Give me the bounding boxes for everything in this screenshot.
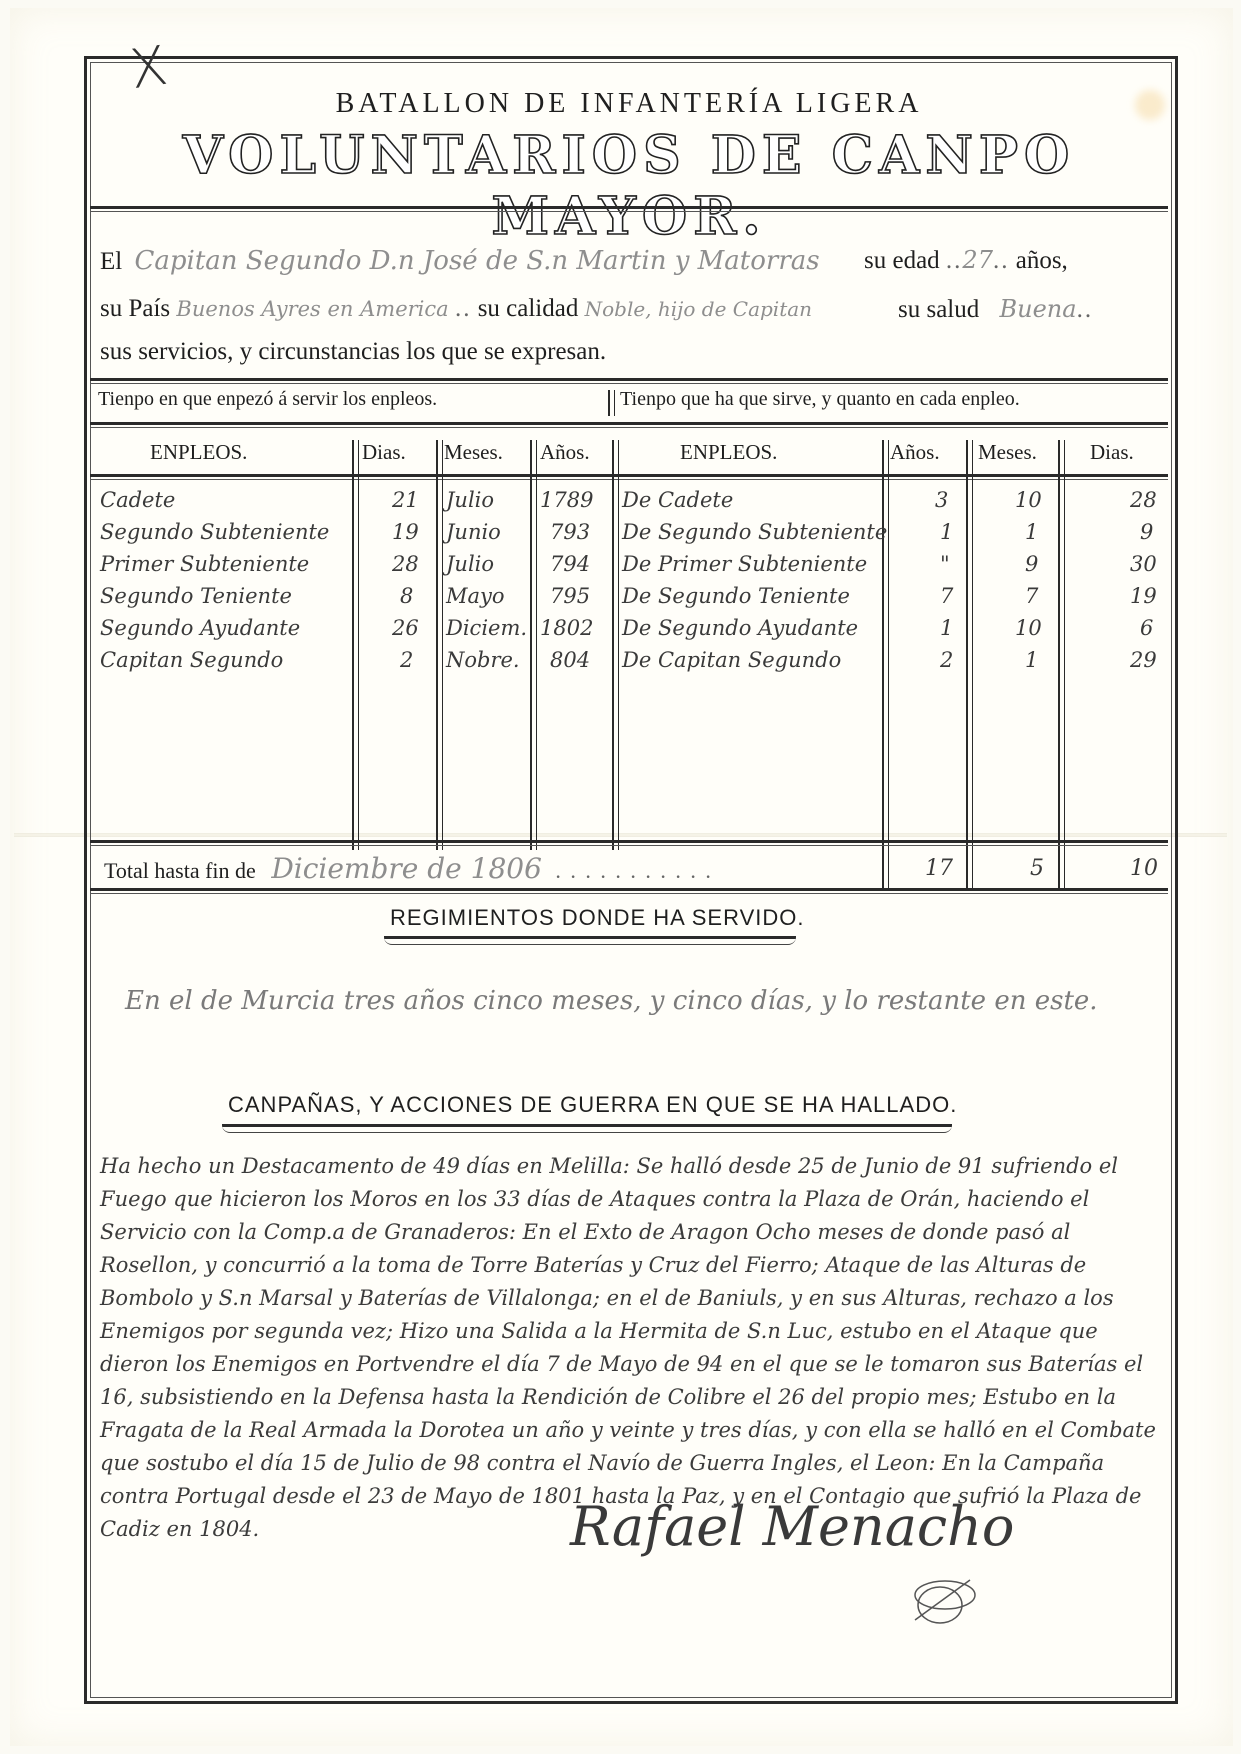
edad-label: su edad (864, 247, 940, 274)
cell-enpleo: Segundo Ayudante (100, 616, 300, 640)
col-header-enpleos-right: ENPLEOS. (680, 440, 777, 465)
cell-dia: 26 (392, 616, 419, 640)
signature: Rafael Menacho (570, 1495, 1014, 1558)
col-header-anos-left: Años. (540, 440, 590, 465)
cell-enpleo-r: De Primer Subteniente (622, 552, 867, 576)
calidad-value: Noble, hijo de Capitan (585, 297, 812, 321)
regiment-title: VOLUNTARIOS DE CANPO MAYOR. (90, 125, 1168, 247)
cell-dia: 2 (400, 648, 413, 672)
column-separator (966, 440, 973, 890)
cell-enpleo-r: De Cadete (622, 488, 733, 512)
header-row-divider (90, 474, 1168, 480)
cell-mes: Julio (446, 552, 494, 576)
campanas-heading: CANPAÑAS, Y ACCIONES DE GUERRA EN QUE SE… (228, 1092, 957, 1118)
campanas-underline (222, 1124, 952, 1133)
cell-enpleo-r: De Segundo Teniente (622, 584, 850, 608)
rubric-flourish-icon (900, 1570, 990, 1630)
column-separator (1058, 440, 1065, 890)
col-header-dias-right: Dias. (1090, 440, 1134, 465)
cell-dia: 21 (392, 488, 419, 512)
cell-dias: 28 (1130, 488, 1157, 512)
cell-mes: Junio (446, 520, 501, 544)
pais-label: su País (100, 295, 170, 322)
cell-dia: 19 (392, 520, 419, 544)
cell-mes: Nobre. (446, 648, 520, 672)
salud-block: su salud Buena.. (898, 295, 1093, 324)
total-dias: 10 (1130, 856, 1158, 881)
cell-dias: 9 (1140, 520, 1153, 544)
officer-name-field: Capitan Segundo D.n José de S.n Martin y… (134, 246, 819, 276)
cell-meses: 1 (1025, 648, 1038, 672)
col-header-anos-right: Años. (890, 440, 940, 465)
calidad-label: su calidad (478, 295, 579, 322)
cell-meses: 10 (1015, 616, 1042, 640)
cell-enpleo-r: De Segundo Ayudante (622, 616, 858, 640)
servicios-line: sus servicios, y circunstancias los que … (100, 338, 606, 366)
cell-ano: 1802 (540, 616, 593, 640)
edad-value: 27 (962, 246, 993, 274)
column-separator (530, 440, 537, 850)
anos-label: años, (1016, 247, 1068, 274)
cell-ano: 793 (550, 520, 590, 544)
caption-separator (608, 390, 615, 416)
total-period: Diciembre de 1806 (271, 852, 542, 885)
cell-dias: 30 (1130, 552, 1157, 576)
regimientos-text: En el de Murcia tres años cinco meses, y… (125, 985, 1185, 1018)
cell-ano: 1789 (540, 488, 593, 512)
col-header-meses-right: Meses. (978, 440, 1037, 465)
cell-enpleo: Segundo Subteniente (100, 520, 329, 544)
column-separator (612, 440, 619, 850)
cell-dia: 28 (392, 552, 419, 576)
pais-value: Buenos Ayres en America (176, 297, 448, 321)
total-meses: 5 (1030, 856, 1044, 881)
col-header-dias-left: Dias. (362, 440, 406, 465)
cell-dias: 19 (1130, 584, 1157, 608)
cell-dia: 8 (400, 584, 413, 608)
col-header-meses-left: Meses. (444, 440, 503, 465)
column-separator (882, 440, 889, 890)
cell-anos: 1 (940, 520, 953, 544)
cell-enpleo: Segundo Teniente (100, 584, 292, 608)
cell-enpleo: Cadete (100, 488, 175, 512)
cell-meses: 9 (1025, 552, 1038, 576)
age-block: su edad ..27.. años, (864, 246, 1068, 275)
cell-meses: 7 (1025, 584, 1038, 608)
cell-ano: 804 (550, 648, 590, 672)
cell-mes: Julio (446, 488, 494, 512)
cell-dias: 6 (1140, 616, 1153, 640)
total-row: Total hasta fin de Diciembre de 1806 . .… (104, 852, 713, 885)
total-top-divider (90, 840, 1168, 846)
cell-enpleo-r: De Segundo Subteniente (622, 520, 887, 544)
campanas-text: Ha hecho un Destacamento de 49 días en M… (100, 1150, 1160, 1546)
right-table-caption: Tienpo que ha que sirve, y quanto en cad… (620, 388, 1020, 411)
cell-meses: 10 (1015, 488, 1042, 512)
cell-meses: 1 (1025, 520, 1038, 544)
column-separator (436, 440, 443, 850)
total-anos: 17 (925, 856, 953, 881)
cell-ano: 795 (550, 584, 590, 608)
cell-anos: 3 (935, 488, 948, 512)
identity-line-1: El Capitan Segundo D.n José de S.n Marti… (100, 246, 820, 276)
left-table-caption: Tienpo en que enpezó á servir los enpleo… (98, 388, 437, 411)
cell-ano: 794 (550, 552, 590, 576)
identity-divider (90, 378, 1168, 384)
column-separator (352, 440, 359, 850)
identity-line-2: su País Buenos Ayres en America .. su ca… (100, 295, 812, 323)
cell-anos: 2 (940, 648, 953, 672)
cell-anos: 7 (940, 584, 953, 608)
battalion-title: BATALLON DE INFANTERÍA LIGERA (90, 88, 1168, 120)
cell-mes: Diciem. (446, 616, 527, 640)
cell-enpleo-r: De Capitan Segundo (622, 648, 841, 672)
salud-value: Buena (1000, 295, 1077, 323)
cell-anos: " (940, 552, 950, 576)
cell-dias: 29 (1130, 648, 1157, 672)
cell-enpleo: Capitan Segundo (100, 648, 283, 672)
caption-divider (90, 422, 1168, 428)
regimientos-underline (384, 936, 796, 945)
salud-label: su salud (898, 296, 979, 323)
total-bottom-divider (90, 888, 1168, 894)
cell-mes: Mayo (446, 584, 505, 608)
cell-anos: 1 (940, 616, 953, 640)
cell-enpleo: Primer Subteniente (100, 552, 309, 576)
total-label: Total hasta fin de (104, 858, 256, 883)
header-divider (90, 206, 1168, 212)
col-header-enpleos-left: ENPLEOS. (150, 440, 247, 465)
regimientos-heading: REGIMIENTOS DONDE HA SERVIDO. (390, 905, 804, 931)
el-label: El (100, 248, 122, 275)
